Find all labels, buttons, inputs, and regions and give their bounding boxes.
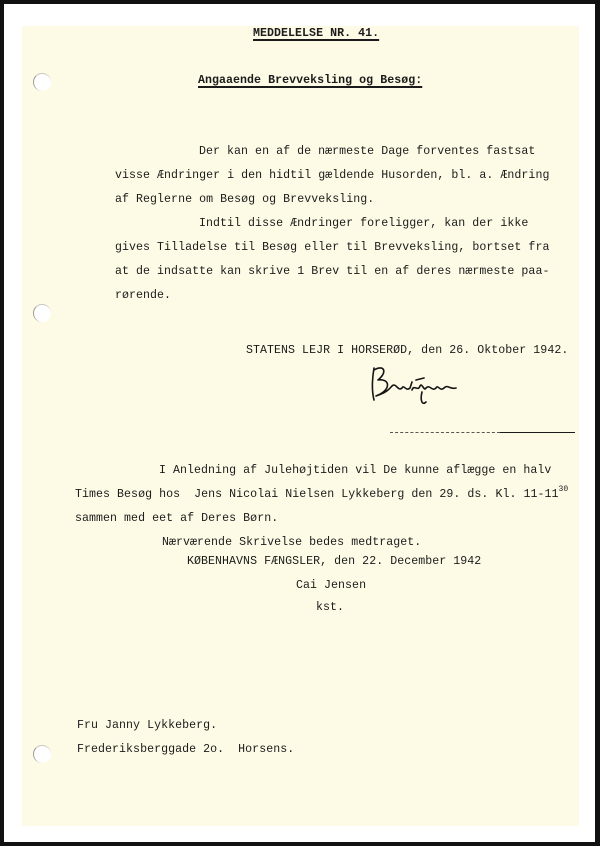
s2-line2: Times Besøg hos Jens Nicolai Nielsen Lyk… [75,488,568,503]
signature-bentzen [366,362,466,412]
s1-p2-line2: gives Tilladelse til Besøg eller til Bre… [115,241,549,255]
divider-dashed [390,432,500,433]
punch-hole-top [33,73,51,91]
punch-hole-middle [33,304,51,322]
addressee-name: Fru Janny Lykkeberg. [77,719,217,733]
notice-title: MEDDELELSE NR. 41. [253,27,379,41]
time-superscript: 30 [559,485,569,494]
addressee-address: Frederiksberggade 2o. Horsens. [77,743,294,757]
s2-line2-text: Times Besøg hos Jens Nicolai Nielsen Lyk… [75,488,559,501]
s2-signatory-title: kst. [316,601,344,615]
s2-line1: I Anledning af Julehøjtiden vil De kunne… [159,464,551,478]
punch-hole-bottom [33,745,51,763]
s1-p2-line1: Indtil disse Ændringer foreligger, kan d… [199,217,528,231]
s1-p1-line3: af Reglerne om Besøg og Brevveksling. [115,193,374,207]
s2-place-date: KØBENHAVNS FÆNGSLER, den 22. December 19… [187,555,481,569]
s1-place-date: STATENS LEJR I HORSERØD, den 26. Oktober… [246,344,568,358]
s1-p1-line1: Der kan en af de nærmeste Dage forventes… [199,145,535,159]
s1-p2-line4: rørende. [115,289,171,303]
s2-line3: sammen med eet af Deres Børn. [75,512,278,526]
s2-signatory: Cai Jensen [296,579,366,593]
divider-solid [500,432,575,433]
s1-p1-line2: visse Ændringer i den hidtil gældende Hu… [115,169,549,183]
s2-line4: Nærværende Skrivelse bedes medtraget. [162,536,421,550]
subject-heading: Angaaende Brevveksling og Besøg: [198,74,422,88]
s1-p2-line3: at de indsatte kan skrive 1 Brev til en … [115,265,549,279]
